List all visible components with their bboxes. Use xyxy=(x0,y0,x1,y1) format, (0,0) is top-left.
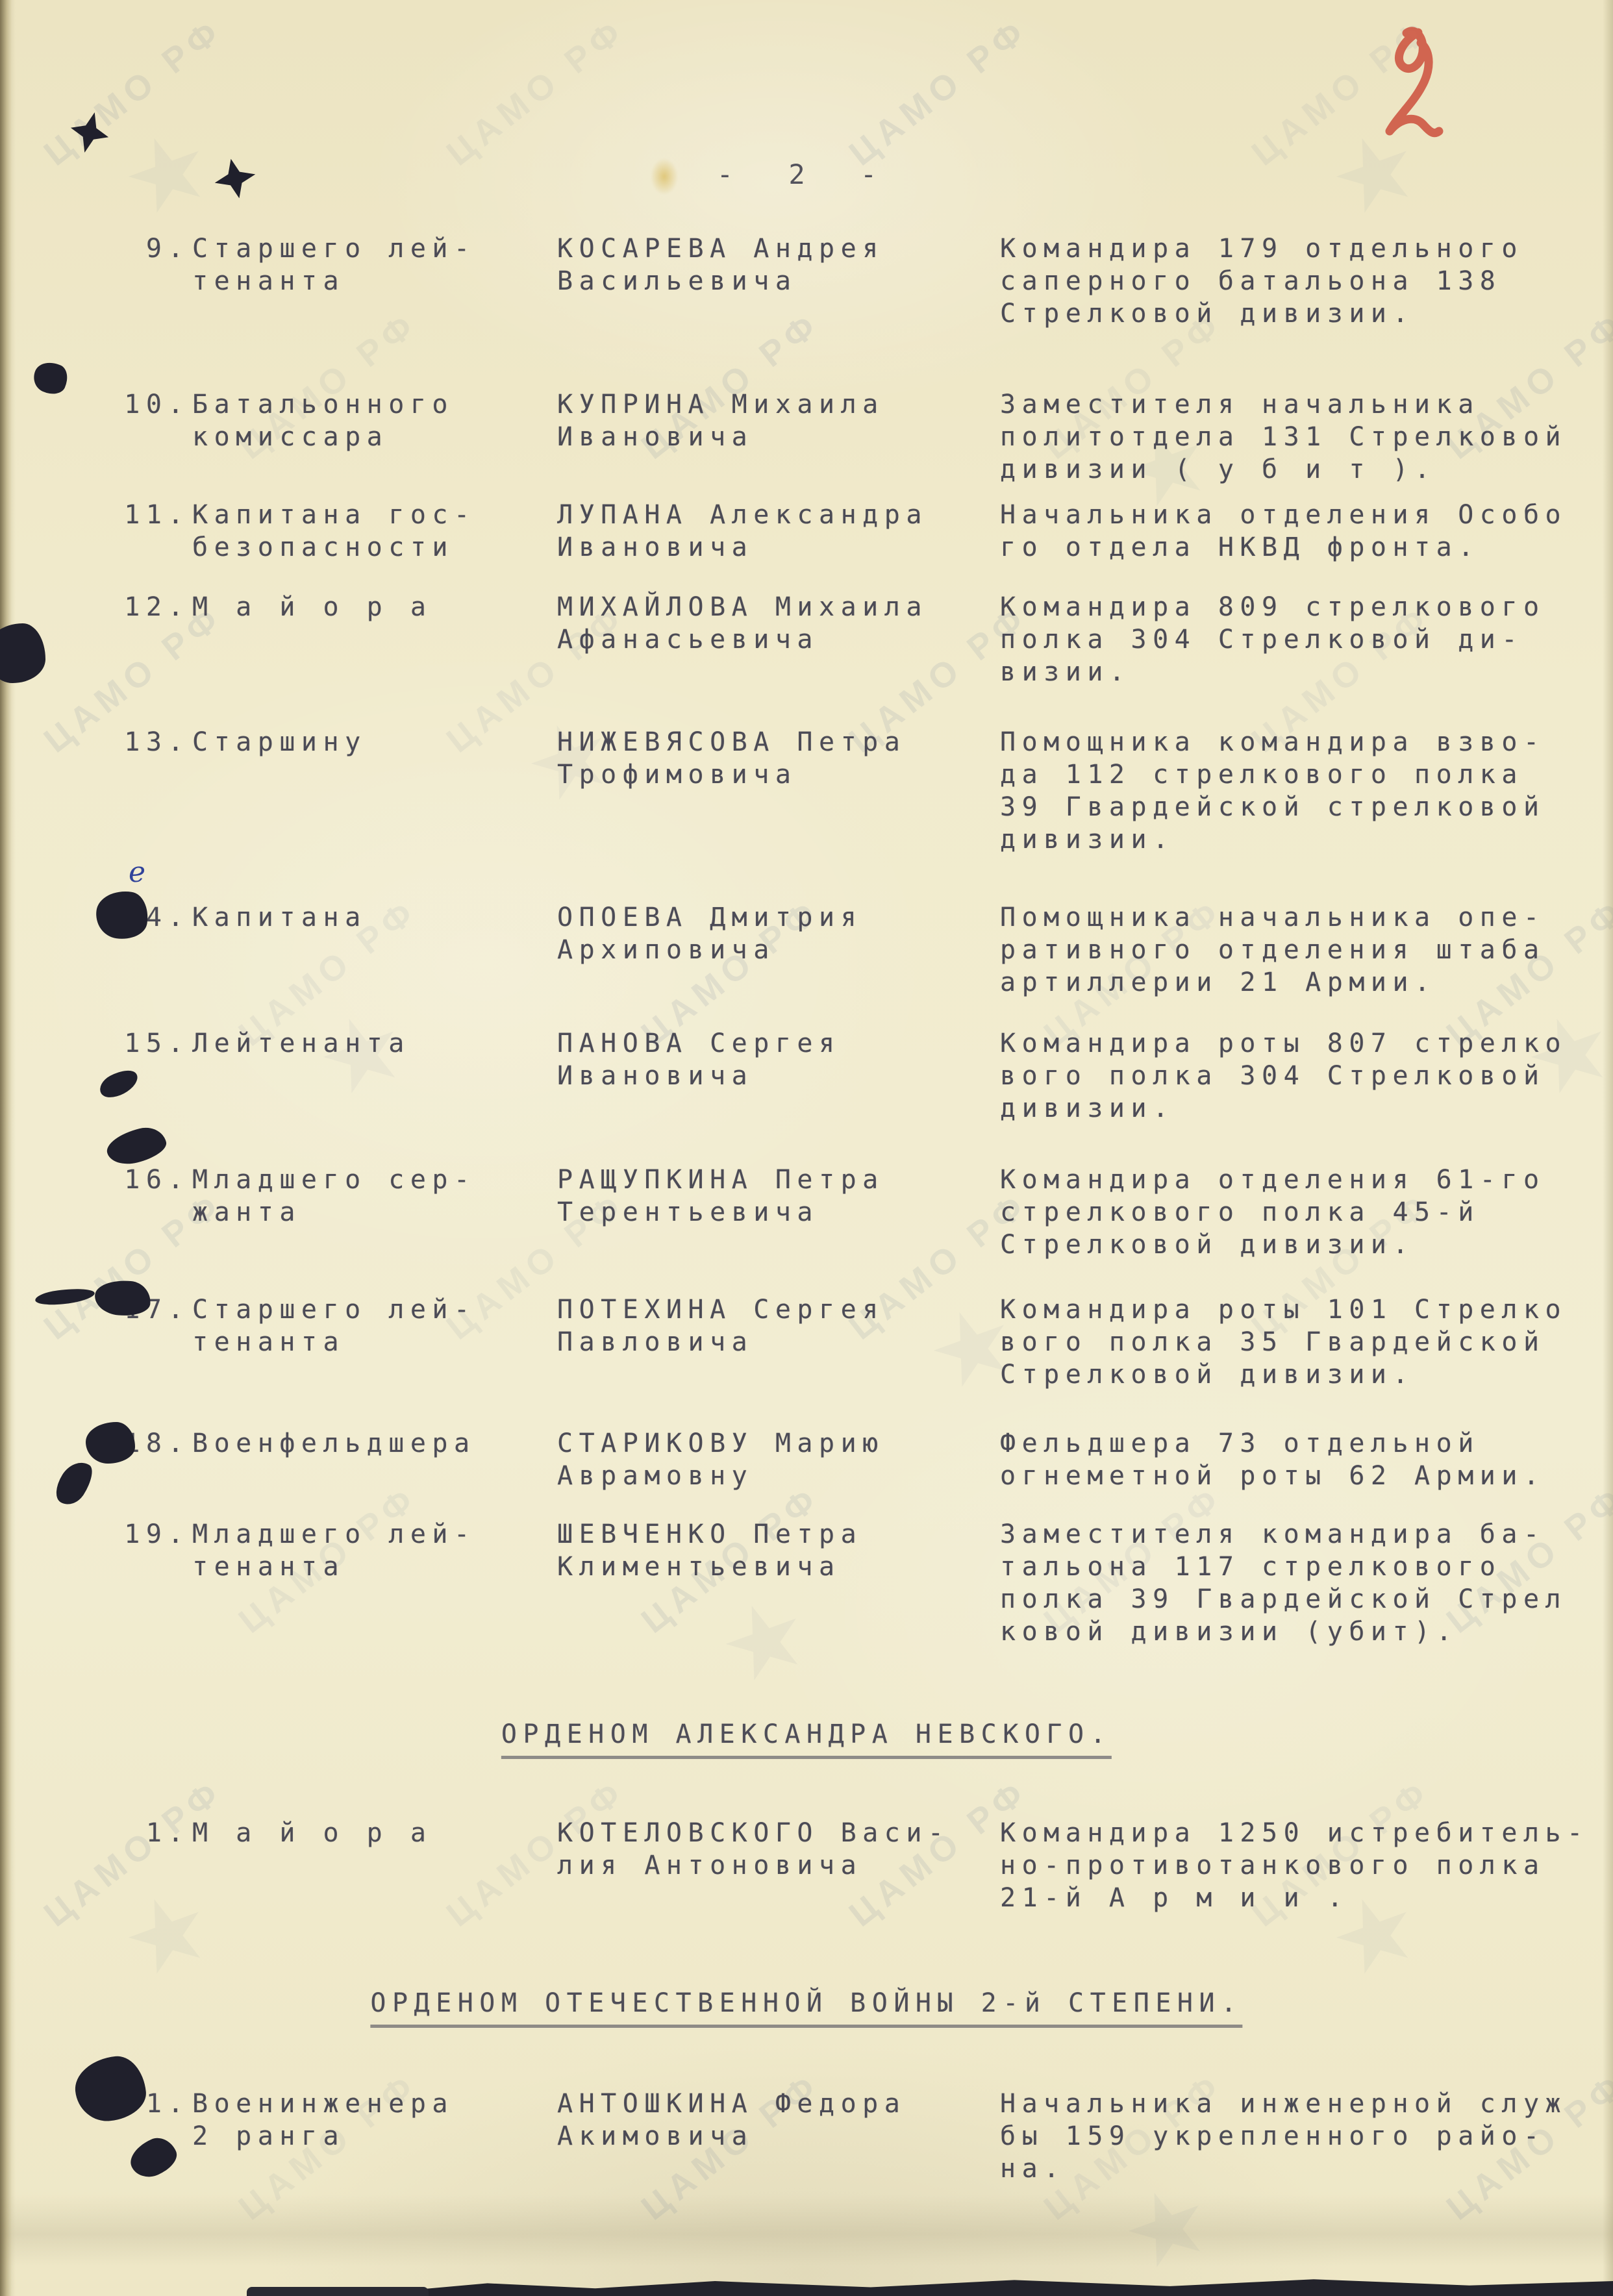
entry-name: РАЩУПКИНА Петра Терентьевича xyxy=(557,1164,992,1229)
entry-name: ПАНОВА Сергея Ивановича xyxy=(557,1027,992,1092)
entry-position: Фельдшера 73 отдельной огнеметной роты 6… xyxy=(1000,1427,1613,1492)
handwritten-page-number xyxy=(1375,22,1473,152)
entry-rank: Военинженера 2 ранга xyxy=(192,2088,556,2152)
entry-name: МИХАЙЛОВА Михаила Афанасьевича xyxy=(557,591,992,656)
entry-number: 15. xyxy=(97,1027,190,1060)
ink-blot xyxy=(86,1422,135,1464)
entry-rank: Лейтенанта xyxy=(192,1027,556,1060)
entry-number: 9. xyxy=(97,232,190,265)
entry-name: НИЖЕВЯСОВА Петра Трофимовича xyxy=(557,726,992,791)
entry-rank: Батальонного комиссара xyxy=(192,388,556,453)
scanned-document-page: ЦАМО РФ★ЦАМО РФЦАМО РФЦАМО РФ★ЦАМО РФЦАМ… xyxy=(0,0,1613,2296)
entry-position: Командира 179 отдельного саперного батал… xyxy=(1000,232,1613,330)
entry-name: КУПРИНА Михаила Ивановича xyxy=(557,388,992,453)
entry-number: 1. xyxy=(97,1817,190,1849)
entry-position: Командира 809 стрелкового полка 304 Стре… xyxy=(1000,591,1613,688)
entry-name: АНТОШКИНА Федора Акимовича xyxy=(557,2088,992,2152)
entry-name: ЛУПАНА Александра Ивановича xyxy=(557,499,992,564)
entry-name: ПОТЕХИНА Сергея Павловича xyxy=(557,1293,992,1358)
entry-number: 11. xyxy=(97,499,190,531)
entry-position: Командира отделения 61-го стрелкового по… xyxy=(1000,1164,1613,1261)
entry-rank: Капитана гос- безопасности xyxy=(192,499,556,564)
entry-position: Начальника инженерной служ бы 159 укрепл… xyxy=(1000,2088,1613,2185)
entry-rank: Военфельдшера xyxy=(192,1427,556,1460)
entry-number: 13. xyxy=(97,726,190,758)
entry-number: 19. xyxy=(97,1518,190,1551)
entry-position: Помощника начальника опе- ративного отде… xyxy=(1000,901,1613,999)
entry-position: Командира роты 101 Стрелко вого полка 35… xyxy=(1000,1293,1613,1391)
entry-rank: Старшего лей- тенанта xyxy=(192,1293,556,1358)
entry-number: 16. xyxy=(97,1164,190,1196)
entry-name: ШЕВЧЕНКО Петра Климентьевича xyxy=(557,1518,992,1583)
entry-rank: М а й о р а xyxy=(192,1817,556,1849)
entry-rank: Старшего лей- тенанта xyxy=(192,232,556,297)
section-header: ОРДЕНОМ ОТЕЧЕСТВЕННОЙ ВОЙНЫ 2-й СТЕПЕНИ. xyxy=(370,1988,1242,2028)
entry-position: Помощника командира взво- да 112 стрелко… xyxy=(1000,726,1613,856)
entry-position: Заместителя командира ба- тальона 117 ст… xyxy=(1000,1518,1613,1648)
entry-position: Заместителя начальника политотдела 131 С… xyxy=(1000,388,1613,486)
entry-position: Командира роты 807 стрелко вого полка 30… xyxy=(1000,1027,1613,1125)
entry-position: Начальника отделения Особо го отдела НКВ… xyxy=(1000,499,1613,564)
entry-rank: Капитана xyxy=(192,901,556,934)
entry-name: КОТЕЛОВСКОГО Васи- лия Антоновича xyxy=(557,1817,992,1882)
section-header: ОРДЕНОМ АЛЕКСАНДРА НЕВСКОГО. xyxy=(501,1719,1112,1759)
scan-left-edge xyxy=(0,0,16,2296)
entry-rank: Младшего лей- тенанта xyxy=(192,1518,556,1583)
entry-name: ОПОЕВА Дмитрия Архиповича xyxy=(557,901,992,966)
entry-rank: Старшину xyxy=(192,726,556,758)
scan-right-edge xyxy=(1603,0,1613,2296)
award-list: 9.Старшего лей- тенантаКОСАРЕВА Андрея В… xyxy=(0,0,1613,2296)
entry-number: 10. xyxy=(97,388,190,421)
entry-position: Командира 1250 истребитель- но-противота… xyxy=(1000,1817,1613,1914)
entry-name: СТАРИКОВУ Марию Аврамовну xyxy=(557,1427,992,1492)
scan-edge-artifact xyxy=(247,2287,429,2296)
entry-name: КОСАРЕВА Андрея Васильевича xyxy=(557,232,992,297)
entry-rank: Младшего сер- жанта xyxy=(192,1164,556,1229)
entry-number: 12. xyxy=(97,591,190,623)
blue-ink-mark: e xyxy=(129,856,145,889)
entry-rank: М а й о р а xyxy=(192,591,556,623)
